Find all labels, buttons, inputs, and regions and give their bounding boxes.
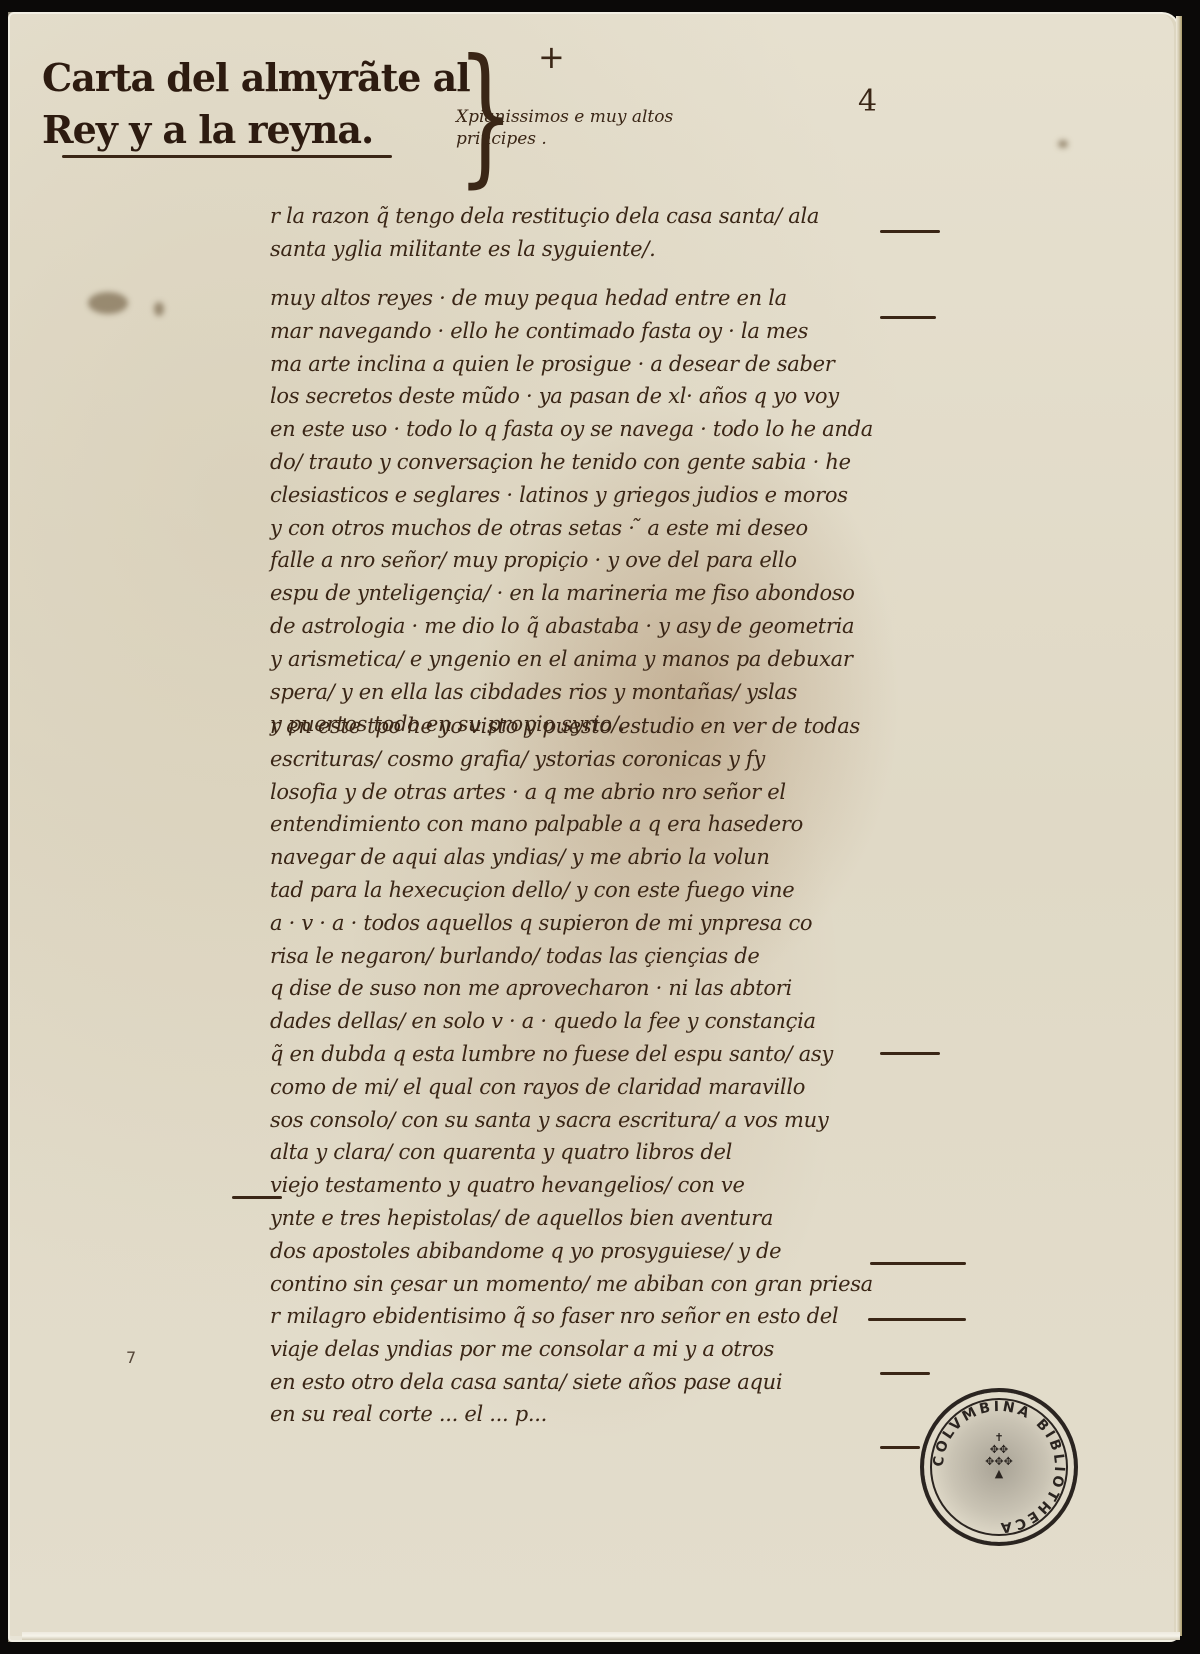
cross-icon: + — [538, 38, 565, 76]
paragraph-3: r en este tpo he yo visto y puesto estud… — [270, 710, 890, 1300]
text-line: los secretos deste mũdo · ya pasan de xl… — [270, 380, 890, 413]
title-underline — [62, 155, 392, 158]
text-line: espu de ynteligençia/ · en la marineria … — [270, 577, 890, 610]
text-line: falle a nro señor/ muy propiçio · y ove … — [270, 544, 890, 577]
text-line: losofia y de otras artes · a q me abrio … — [270, 776, 890, 809]
salutation: Xpianissimos e muy altos principes . — [456, 106, 673, 150]
text-line: y con otros muchos de otras setas · ̃ a … — [270, 512, 890, 545]
text-line: navegar de aqui alas yndias/ y me abrio … — [270, 841, 890, 874]
text-line: muy altos reyes · de muy pequa hedad ent… — [270, 282, 890, 315]
line-flourish — [880, 1372, 930, 1375]
text-line: clesiasticos e seglares · latinos y grie… — [270, 479, 890, 512]
salutation-line-2: principes . — [456, 128, 673, 150]
line-flourish — [868, 1318, 966, 1321]
text-line: en esto otro dela casa santa/ siete años… — [270, 1366, 890, 1399]
text-line: santa yglia militante es la syguiente/. — [270, 233, 890, 266]
text-line: tad para la hexecuçion dello/ y con este… — [270, 874, 890, 907]
margin-note: 7 — [126, 1348, 136, 1367]
text-line: como de mi/ el qual con rayos de clarida… — [270, 1071, 890, 1104]
ink-stain — [154, 302, 164, 316]
paragraph-1: r la razon q̃ tengo dela restituçio dela… — [270, 200, 890, 266]
line-flourish — [880, 1446, 920, 1449]
line-flourish — [870, 1262, 966, 1265]
ink-stain — [88, 292, 128, 314]
text-line: alta y clara/ con quarenta y quatro libr… — [270, 1136, 890, 1169]
text-line: r la razon q̃ tengo dela restituçio dela… — [270, 200, 890, 233]
document-title: Carta del almyrãte al Rey y a la reyna. — [42, 52, 470, 156]
text-line: y arismetica/ e yngenio en el anima y ma… — [270, 643, 890, 676]
paragraph-2: muy altos reyes · de muy pequa hedad ent… — [270, 282, 890, 741]
text-line: dos apostoles abibandome q yo prosyguies… — [270, 1235, 890, 1268]
text-line: mar navegando · ello he contimado fasta … — [270, 315, 890, 348]
text-line: contino sin çesar un momento/ me abiban … — [270, 1268, 890, 1301]
salutation-line-1: Xpianissimos e muy altos — [456, 106, 673, 128]
text-line: de astrologia · me dio lo q̃ abastaba · … — [270, 610, 890, 643]
text-line: r milagro ebidentisimo q̃ so faser nro s… — [270, 1300, 890, 1333]
text-line: r en este tpo he yo visto y puesto estud… — [270, 710, 890, 743]
text-line: q dise de suso non me aprovecharon · ni … — [270, 972, 890, 1005]
text-line: viaje delas yndias por me consolar a mi … — [270, 1333, 890, 1366]
text-line: spera/ y en ella las cibdades rios y mon… — [270, 676, 890, 709]
text-line: viejo testamento y quatro hevangelios/ c… — [270, 1169, 890, 1202]
text-line: en su real corte ... el ... p... — [270, 1398, 890, 1431]
title-line-1: Carta del almyrãte al — [42, 52, 470, 104]
text-line: dades dellas/ en solo v · a · quedo la f… — [270, 1005, 890, 1038]
library-seal-stamp: COLVMBINA BIBLIOTHECA ✝✥✥✥✥✥▲ — [920, 1388, 1078, 1546]
page-bottom-edge — [22, 1632, 1180, 1640]
ink-stain — [1058, 140, 1068, 148]
text-line: escrituras/ cosmo grafia/ ystorias coron… — [270, 743, 890, 776]
text-line: ynte e tres hepistolas/ de aquellos bien… — [270, 1202, 890, 1235]
text-line: sos consolo/ con su santa y sacra escrit… — [270, 1104, 890, 1137]
text-line: risa le negaron/ burlando/ todas las çie… — [270, 940, 890, 973]
line-flourish — [880, 316, 936, 319]
text-line: entendimiento con mano palpable a q era … — [270, 808, 890, 841]
text-line: ma arte inclina a quien le prosigue · a … — [270, 348, 890, 381]
text-line: q̃ en dubda q esta lumbre no fuese del e… — [270, 1038, 890, 1071]
title-line-2: Rey y a la reyna. — [42, 104, 470, 156]
seal-emblem-icon: ✝✥✥✥✥✥▲ — [974, 1432, 1024, 1502]
folio-number: 4 — [858, 84, 877, 119]
text-line: a · v · a · todos aquellos q supieron de… — [270, 907, 890, 940]
line-flourish — [880, 230, 940, 233]
page-right-edge — [1176, 16, 1182, 1636]
text-line: en este uso · todo lo q fasta oy se nave… — [270, 413, 890, 446]
paragraph-4: r milagro ebidentisimo q̃ so faser nro s… — [270, 1300, 890, 1431]
margin-flourish — [232, 1196, 282, 1199]
text-line: do/ trauto y conversaçion he tenido con … — [270, 446, 890, 479]
line-flourish — [880, 1052, 940, 1055]
